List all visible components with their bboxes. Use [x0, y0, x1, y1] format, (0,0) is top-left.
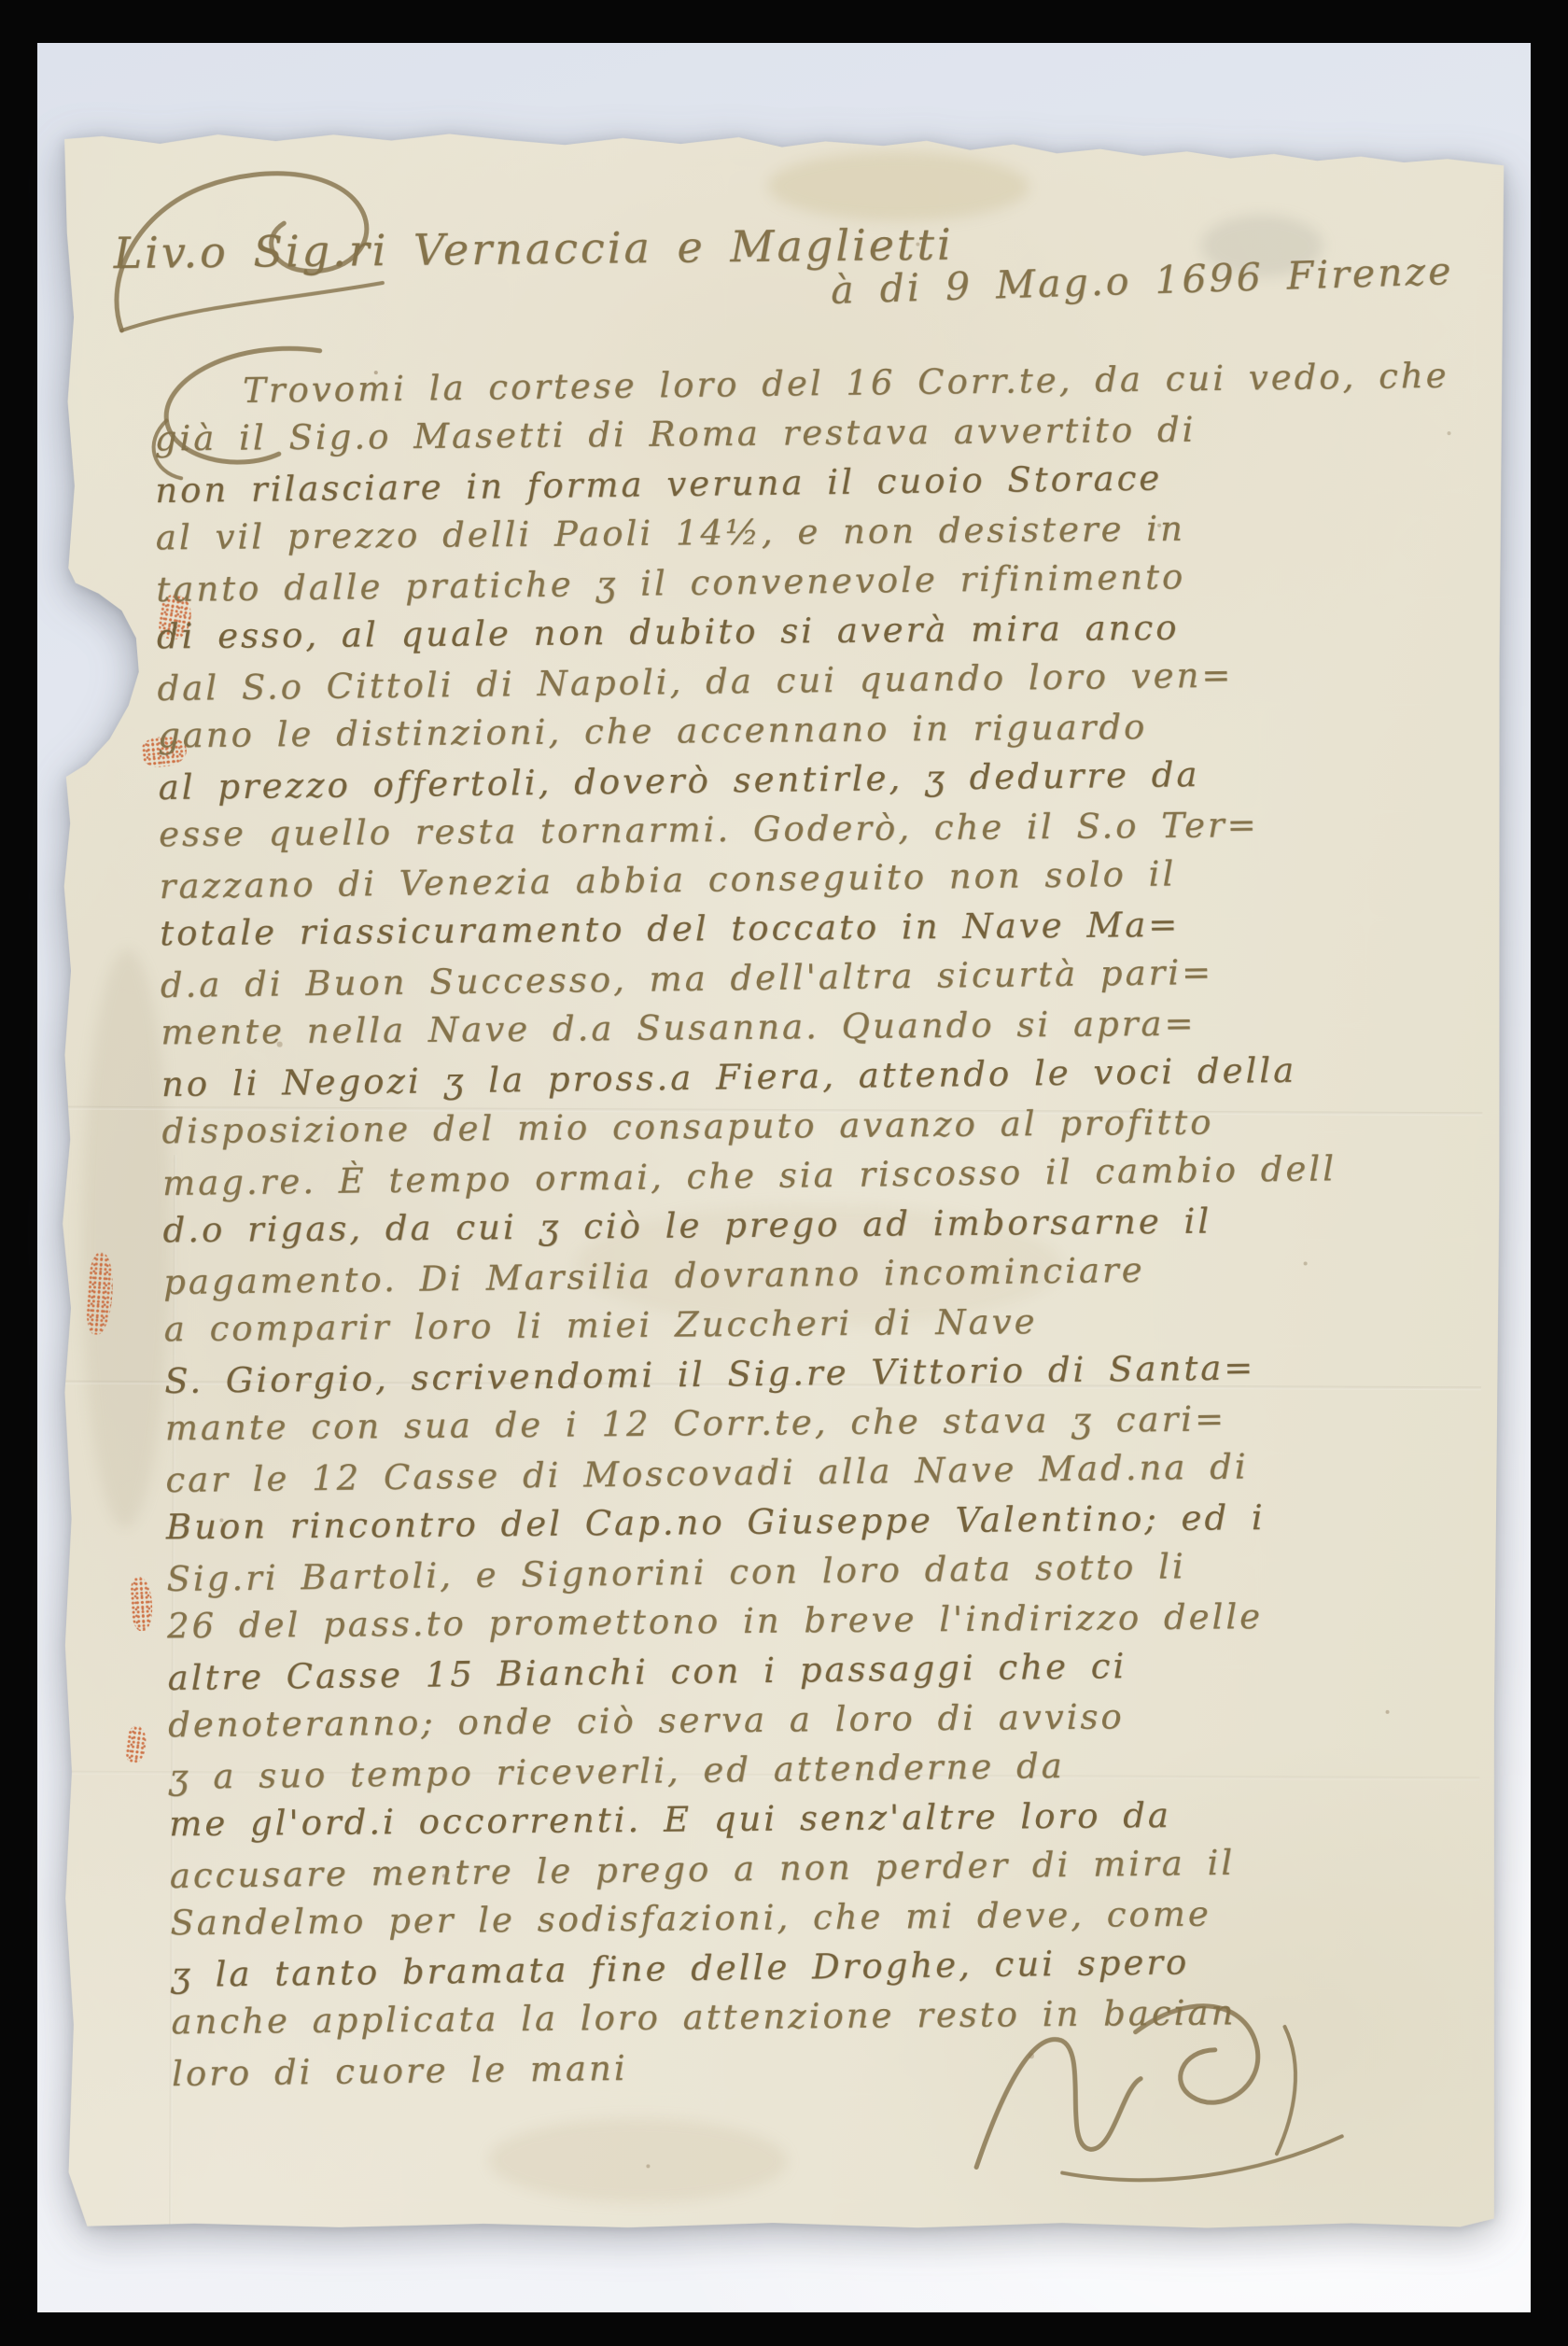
letter-sheet-wrapper: Liv.o Sig.ri Vernaccia e Maglietti à di …: [49, 128, 1505, 2242]
letter-sheet: Liv.o Sig.ri Vernaccia e Maglietti à di …: [49, 128, 1505, 2242]
recipient-line: Liv.o Sig.ri Vernaccia e Maglietti: [113, 219, 954, 278]
foxing-specks: [59, 128, 61, 130]
manuscript-body: Trovomi la cortese loro del 16 Corr.te, …: [154, 352, 1497, 2098]
manuscript-ink-layer: Liv.o Sig.ri Vernaccia e Maglietti à di …: [54, 114, 1523, 2237]
